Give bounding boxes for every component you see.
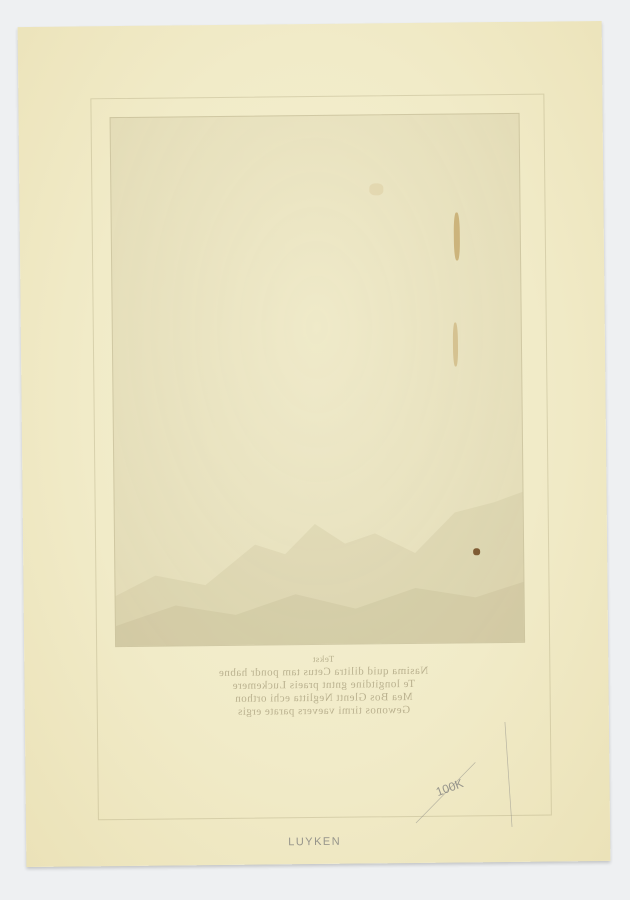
foxing-stain (453, 322, 458, 366)
foxing-stain (454, 212, 461, 260)
foxing-stain (473, 548, 480, 555)
pencil-inscription-name: LUYKEN (288, 836, 341, 849)
mountain-silhouette (114, 482, 524, 646)
paper-sheet: Tekst Nasima quid dilitra Cetus tam pond… (18, 21, 611, 867)
show-through-image (110, 113, 526, 647)
pencil-lines (405, 722, 526, 833)
plate-mark: Tekst Nasima quid dilitra Cetus tam pond… (90, 94, 552, 821)
foxing-stain (369, 183, 383, 195)
mirrored-caption: Tekst Nasima quid dilitra Cetus tam pond… (97, 651, 550, 721)
